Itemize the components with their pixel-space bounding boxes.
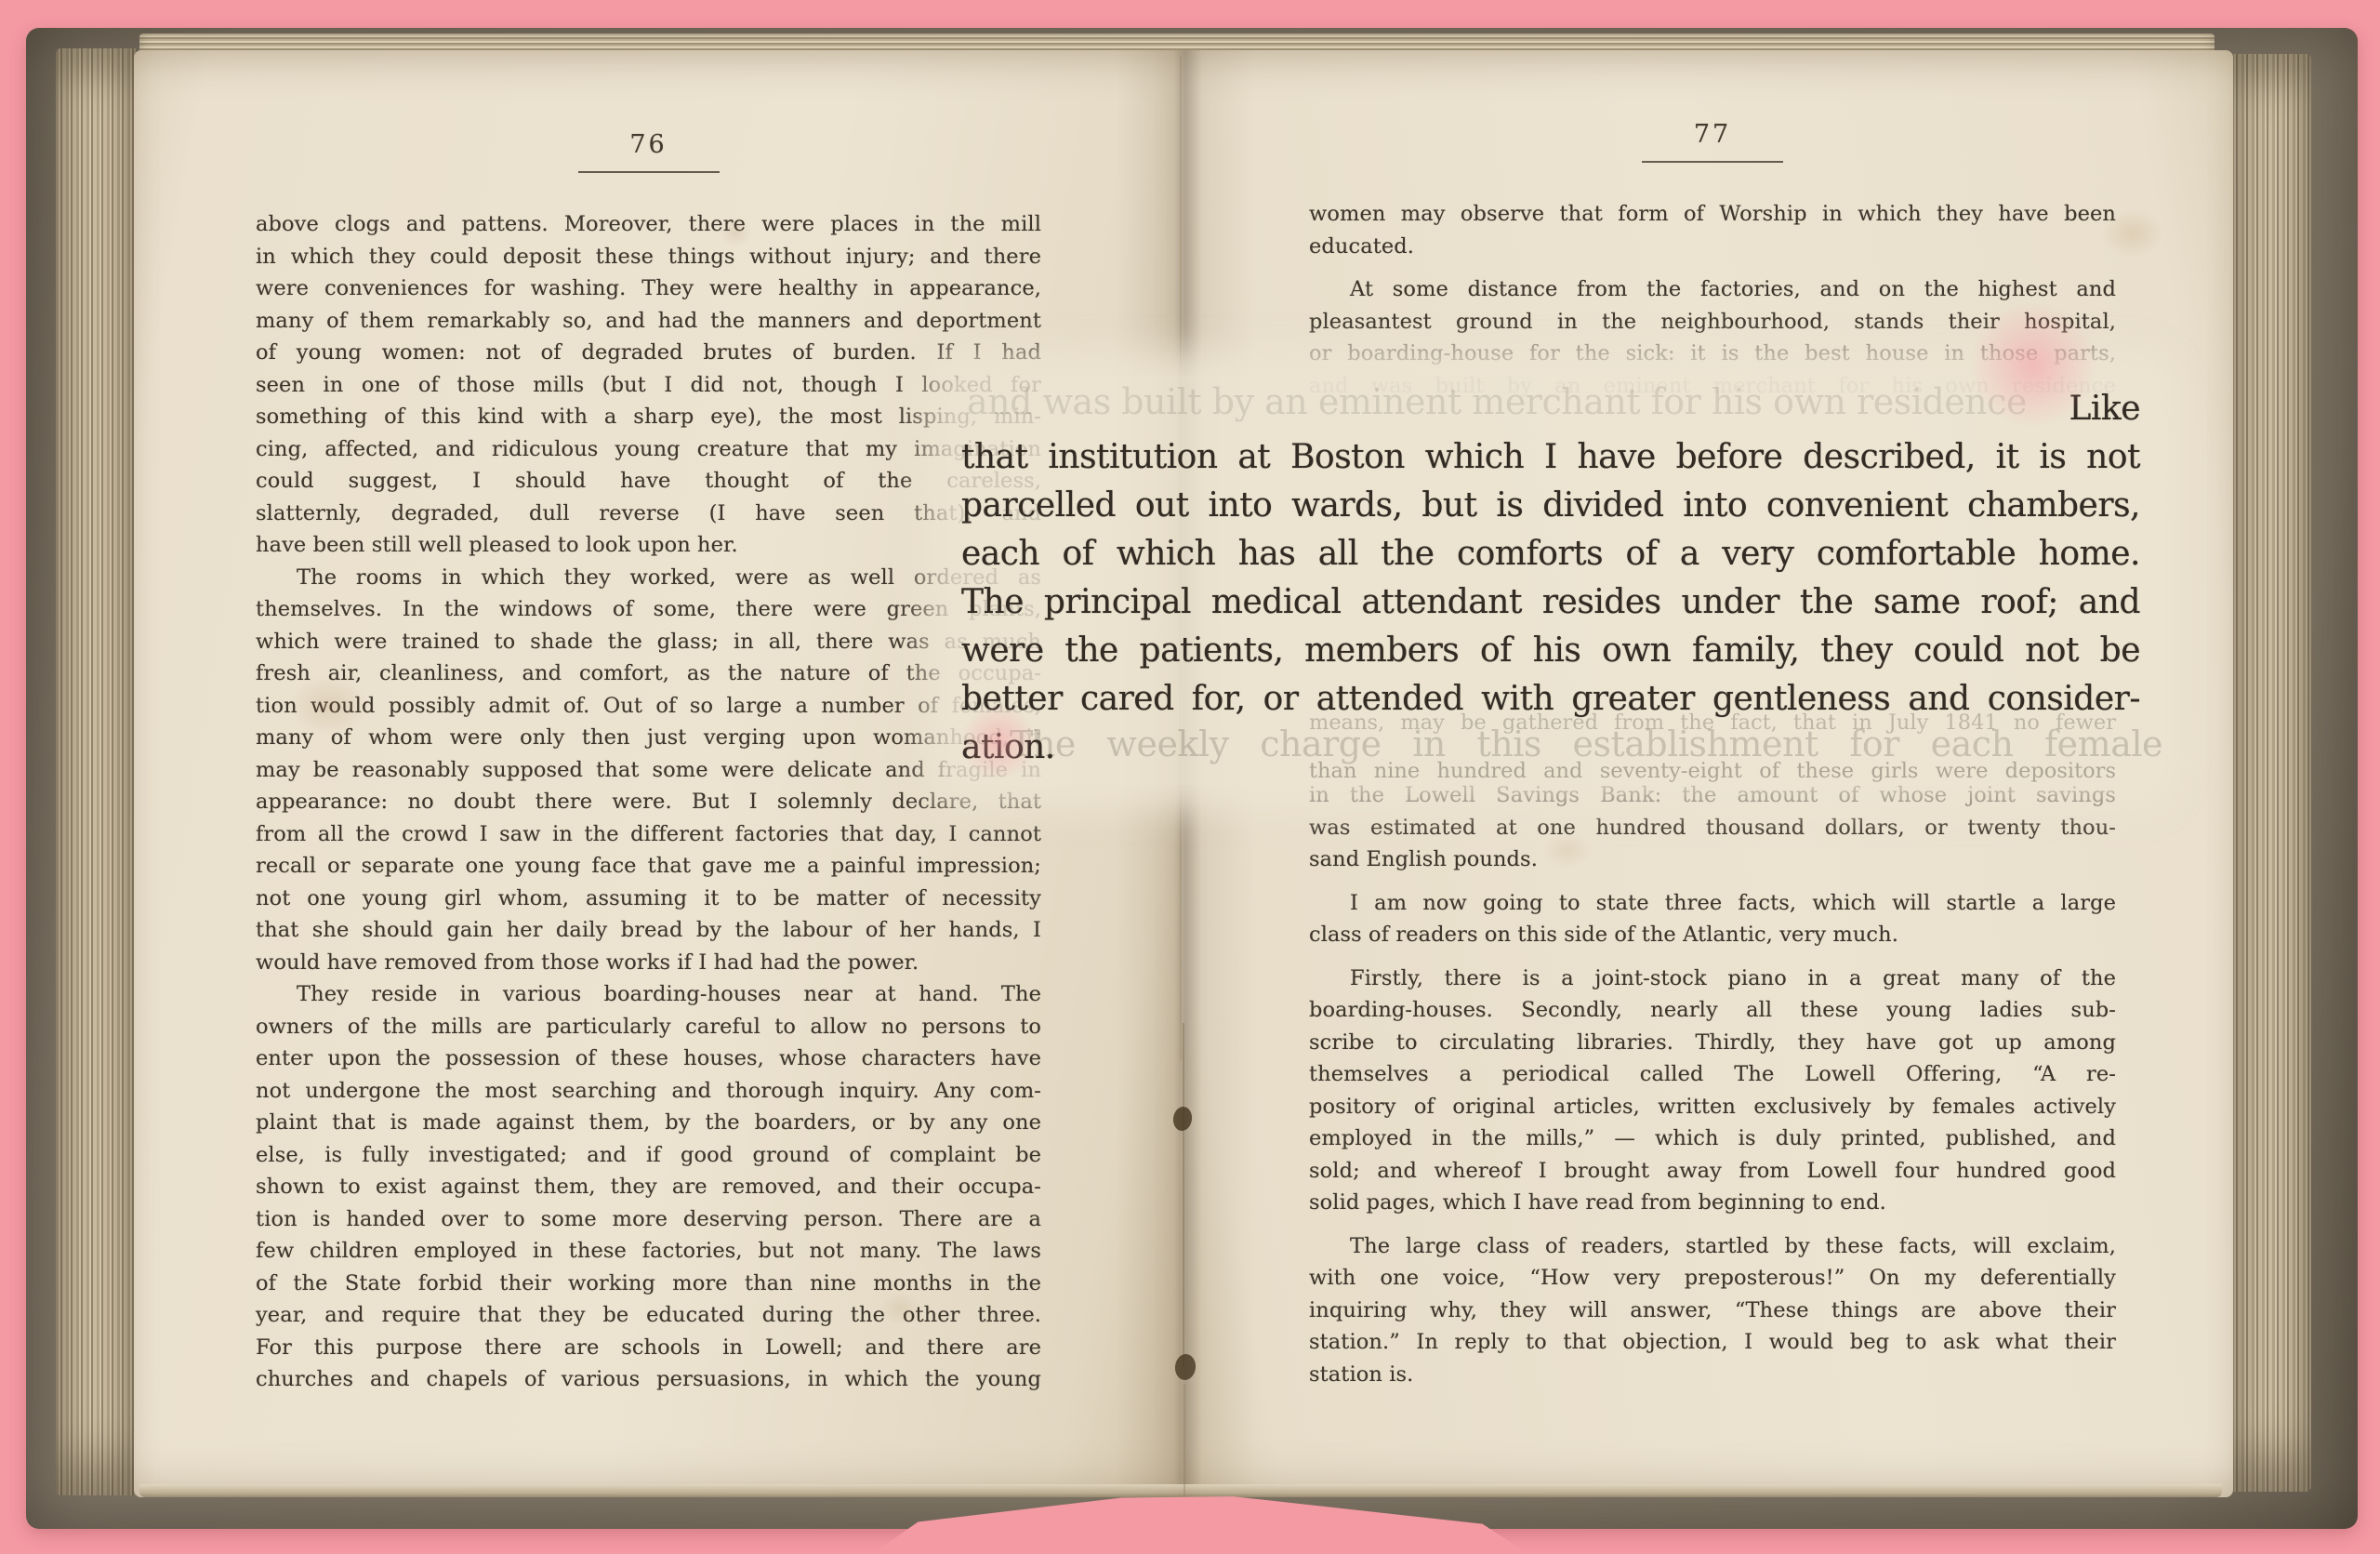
text-line: may be reasonably supposed that some wer… <box>256 754 1041 787</box>
text-line: many of them remarkably so, and had the … <box>256 305 1041 338</box>
text-line: tion is handed over to some more deservi… <box>256 1203 1041 1236</box>
text-line: of the State forbid their working more t… <box>256 1268 1041 1300</box>
text-line: or boarding-house for the sick: it is th… <box>1309 338 2116 370</box>
text-line: station.” In reply to that objection, I … <box>1309 1326 2116 1359</box>
text-line: The rooms in which they worked, were as … <box>256 562 1041 594</box>
text-line: which were trained to shade the glass; i… <box>256 626 1041 658</box>
text-line: could suggest, I should have thought of … <box>256 465 1041 498</box>
text-line: shown to exist against them, they are re… <box>256 1171 1041 1203</box>
text-line: scribe to circulating libraries. Thirdly… <box>1309 1027 2116 1059</box>
text-line: The large class of readers, startled by … <box>1309 1230 2116 1263</box>
text-line: parcelled out into wards, but is divided… <box>961 482 2140 530</box>
text-line: class of readers on this side of the Atl… <box>1309 919 2116 951</box>
right-page-body-lower: in the Lowell Savings Bank: the amount o… <box>1309 779 2116 1390</box>
text-line: boarding-houses. Secondly, nearly all th… <box>1309 994 2116 1027</box>
page-number-rule-left <box>578 171 720 173</box>
text-line: churches and chapels of various persuasi… <box>256 1363 1041 1396</box>
binding-thread <box>1183 1135 1184 1367</box>
text-line: recall or separate one young face that g… <box>256 850 1041 883</box>
text-line: in which they could deposit these things… <box>256 241 1041 273</box>
text-line: ation. <box>961 724 2140 772</box>
text-line: sold; and whereof I brought away from Lo… <box>1309 1155 2116 1188</box>
text-line: They reside in various boarding-houses n… <box>256 978 1041 1011</box>
right-page-body-upper: women may observe that form of Worship i… <box>1309 198 2116 402</box>
text-line: sand English pounds. <box>1309 843 2116 876</box>
text-line: employed in the mills,” — which is duly … <box>1309 1122 2116 1155</box>
page-bottom-edge <box>139 1484 2222 1497</box>
page-edges-right <box>2231 54 2311 1492</box>
page-number-rule-right <box>1642 161 1783 163</box>
text-line: each of which has all the comforts of a … <box>961 530 2140 578</box>
page-number-76: 76 <box>256 130 1041 164</box>
left-text-column: 76 above clogs and pattens. Moreover, th… <box>256 130 1041 1396</box>
book-photo: 76 above clogs and pattens. Moreover, th… <box>0 0 2380 1554</box>
text-line: of young women: not of degraded brutes o… <box>256 337 1041 369</box>
text-line: was estimated at one hundred thousand do… <box>1309 812 2116 844</box>
text-line: themselves. In the windows of some, ther… <box>256 593 1041 626</box>
text-line: with one voice, “How very preposterous!”… <box>1309 1262 2116 1295</box>
text-line: For this purpose there are schools in Lo… <box>256 1332 1041 1364</box>
text-line: pository of original articles, written e… <box>1309 1091 2116 1123</box>
text-line: above clogs and pattens. Moreover, there… <box>256 208 1041 241</box>
text-line: slatternly, degraded, dull reverse (I ha… <box>256 498 1041 530</box>
text-line: not undergone the most searching and tho… <box>256 1075 1041 1108</box>
text-line: educated. <box>1309 231 2116 263</box>
text-line: seen in one of those mills (but I did no… <box>256 369 1041 402</box>
text-line: owners of the mills are particularly car… <box>256 1011 1041 1043</box>
right-text-column: 77 women may observe that form of Worshi… <box>1309 120 2116 402</box>
text-line: I am now going to state three facts, whi… <box>1309 887 2116 920</box>
text-line: from all the crowd I saw in the differen… <box>256 818 1041 851</box>
text-line: fresh air, cleanliness, and comfort, as … <box>256 657 1041 690</box>
text-line: else, is fully investigated; and if good… <box>256 1139 1041 1172</box>
page-edges-left <box>56 48 136 1495</box>
page-number-77: 77 <box>1309 120 2116 153</box>
text-line: enter upon the possession of these house… <box>256 1043 1041 1075</box>
text-line: appearance: no doubt there were. But I s… <box>256 786 1041 818</box>
text-line: women may observe that form of Worship i… <box>1309 198 2116 231</box>
text-line: few children employed in these factories… <box>256 1235 1041 1268</box>
text-line: many of whom were only then just verging… <box>256 722 1041 754</box>
text-line: not one young girl whom, assuming it to … <box>256 883 1041 915</box>
text-line: Like <box>961 385 2140 433</box>
text-line: pleasantest ground in the neighbourhood,… <box>1309 306 2116 339</box>
text-line: tion would possibly admit of. Out of so … <box>256 690 1041 723</box>
text-line: themselves a periodical called The Lowel… <box>1309 1058 2116 1091</box>
text-line: cing, affected, and ridiculous young cre… <box>256 433 1041 466</box>
text-line: solid pages, which I have read from begi… <box>1309 1187 2116 1219</box>
text-line: were the patients, members of his own fa… <box>961 627 2140 675</box>
binding-thread <box>1183 1384 1185 1505</box>
magnified-text-overlay: Likethat institution at Boston which I h… <box>950 376 2151 785</box>
text-line: would have removed from those works if I… <box>256 947 1041 979</box>
text-line: that institution at Boston which I have … <box>961 433 2140 482</box>
text-line: year, and require that they be educated … <box>256 1299 1041 1332</box>
text-line: plaint that is made against them, by the… <box>256 1107 1041 1139</box>
text-line: At some distance from the factories, and… <box>1309 273 2116 306</box>
text-line: Firstly, there is a joint-stock piano in… <box>1309 963 2116 995</box>
left-page-body: above clogs and pattens. Moreover, there… <box>256 208 1041 1396</box>
text-line: that she should gain her daily bread by … <box>256 914 1041 947</box>
text-line: were conveniences for washing. They were… <box>256 272 1041 305</box>
text-line: something of this kind with a sharp eye)… <box>256 401 1041 433</box>
text-line: The principal medical attendant resides … <box>961 578 2140 627</box>
text-line: have been still well pleased to look upo… <box>256 529 1041 562</box>
text-line: inquiring why, they will answer, “These … <box>1309 1295 2116 1327</box>
text-line: station is. <box>1309 1359 2116 1391</box>
text-line: better cared for, or attended with great… <box>961 675 2140 724</box>
